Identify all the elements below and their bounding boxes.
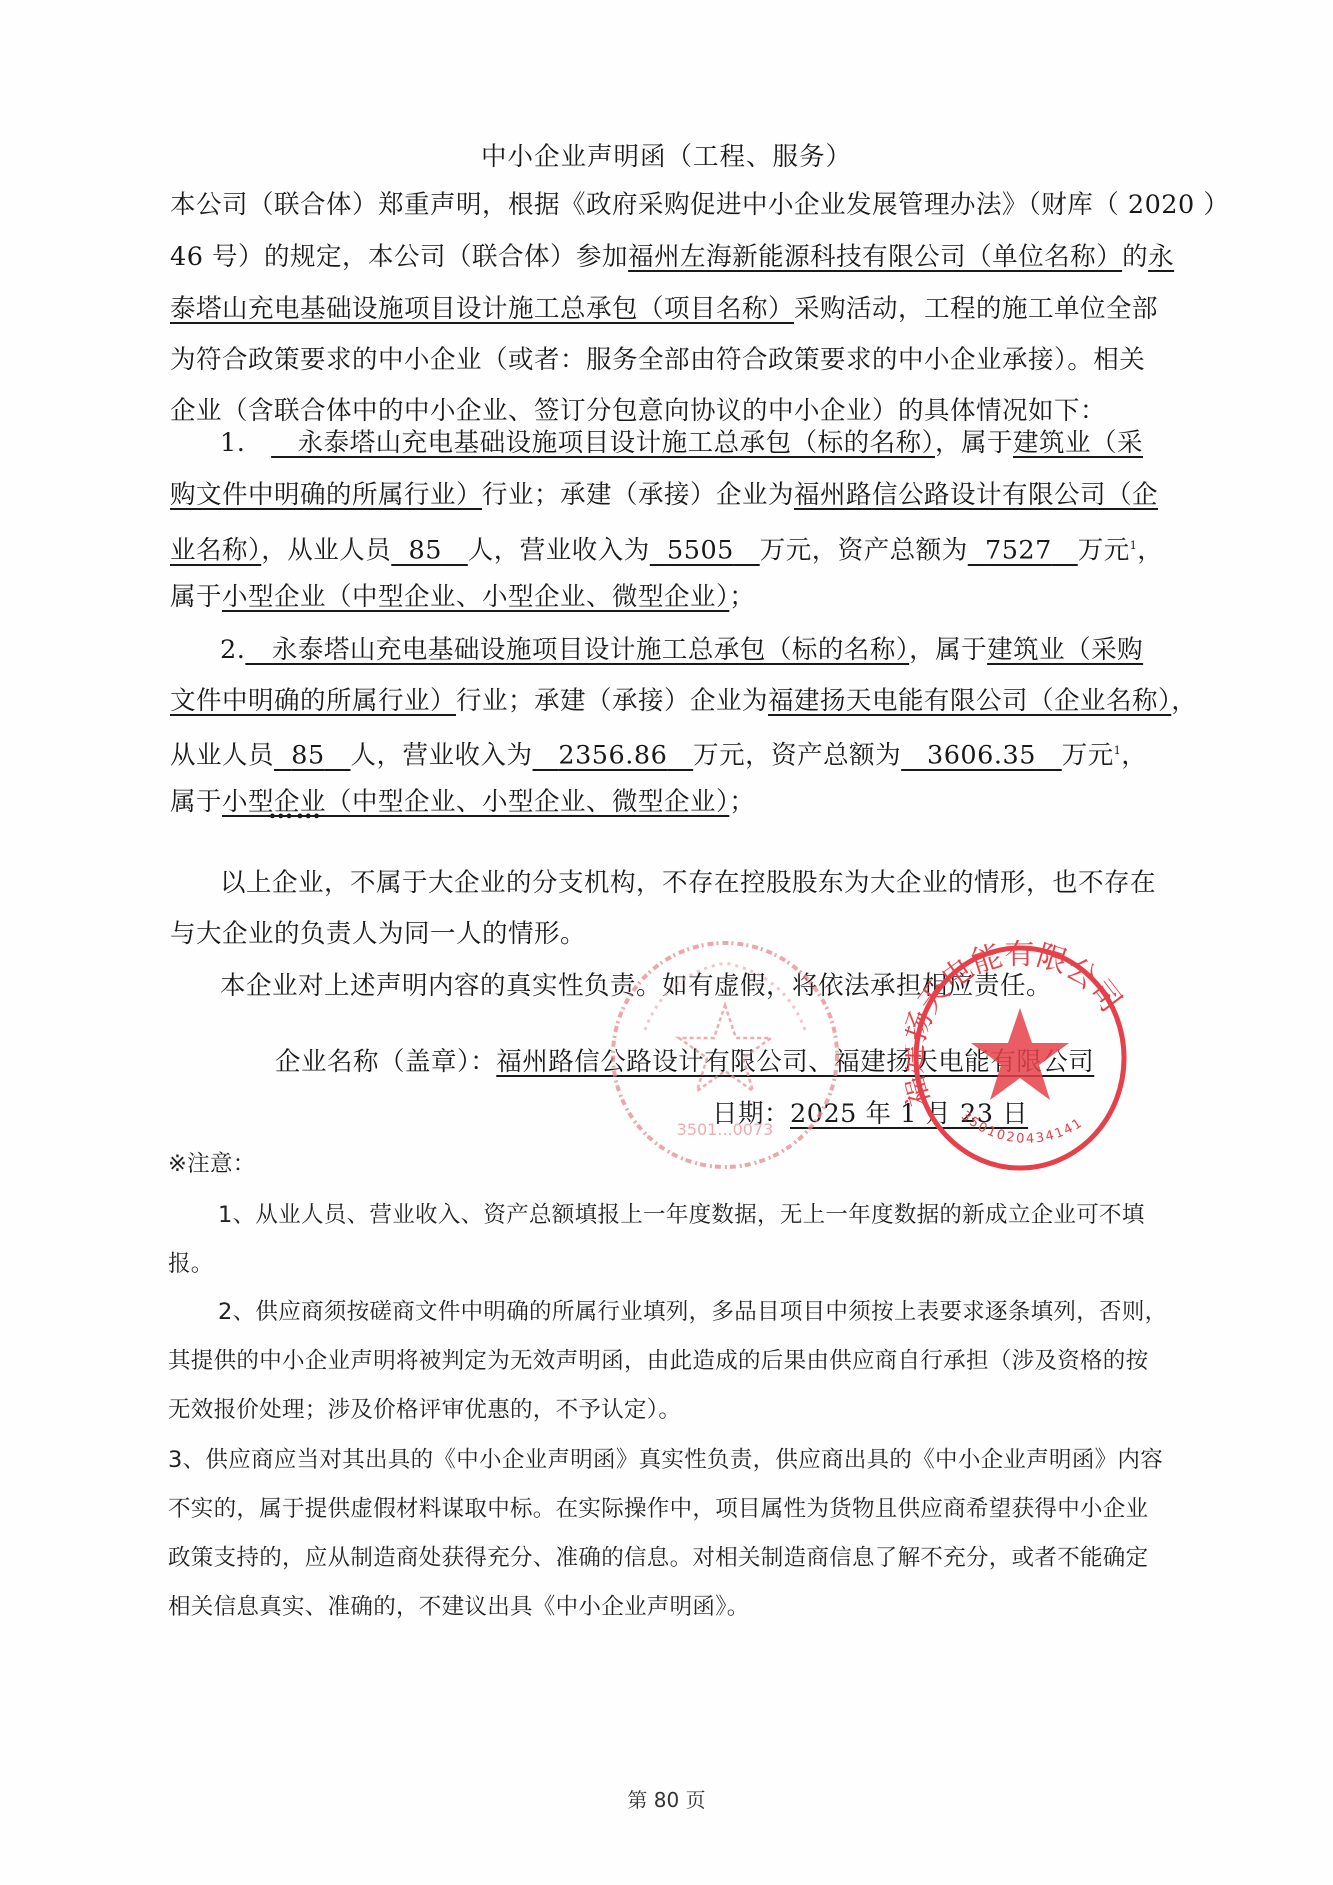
enterprise-number: 2.: [220, 635, 245, 665]
enterprise-2-line-3: 从业人员 85 人，营业收入为 2356.86 万元，资产总额为 3606.35…: [170, 734, 1147, 773]
intro-text: 的: [1122, 242, 1148, 272]
seal-ring-text: 福建扬天电能有限公司: [905, 940, 1128, 1110]
intro-text: 采购活动，工程的施工单位全部: [794, 294, 1158, 324]
note-line: 相关信息真实、准确的，不建议出具《中小企业声明函》。: [168, 1590, 750, 1624]
intro-line-3: 泰塔山充电基础设施项目设计施工总承包（项目名称）采购活动，工程的施工单位全部: [170, 292, 1158, 326]
document-page: 中小企业声明函（工程、服务） 本公司（联合体）郑重声明，根据《政府采购促进中小企…: [0, 0, 1333, 1885]
industry: 建筑业（采购: [987, 635, 1143, 665]
signature-line: 企业名称（盖章）：福州路信公路设计有限公司、福建扬天电能有限公司: [275, 1045, 1094, 1079]
project-name-start: 永: [1148, 242, 1174, 272]
date-value: 2025 年 1 月 23 日: [790, 1099, 1028, 1129]
company-name: 福建扬天电能有限公司（企业名称）: [768, 686, 1171, 716]
intro-line-5: 企业（含联合体中的中小企业、签订分包意向协议的中小企业）的具体情况如下：: [170, 394, 1106, 428]
page-title: 中小企业声明函（工程、服务）: [0, 140, 1333, 174]
purchaser-name: 福州左海新能源科技有限公司（单位名称）: [628, 242, 1122, 272]
employees-field: 85: [274, 741, 351, 771]
text: ，属于: [935, 428, 1013, 458]
note-line: 1、从业人员、营业收入、资产总额填报上一年度数据，无上一年度数据的新成立企业可不…: [218, 1198, 1145, 1232]
assets-field: 3606.35: [901, 741, 1062, 771]
enterprise-size: 小型企业（中型企业、小型企业、微型企业）: [222, 582, 729, 612]
text: ；: [729, 787, 755, 817]
assets-value: 3606.35: [927, 741, 1036, 771]
revenue-field: 2356.86: [533, 741, 694, 771]
note-line: 其提供的中小企业声明将被判定为无效声明函，由此造成的后果由供应商自行承担（涉及资…: [168, 1344, 1148, 1378]
revenue-field: 5505: [650, 536, 760, 566]
note-line: 2、供应商须按磋商文件中明确的所属行业填列，多品目项目中须按上表要求逐条填列，否…: [218, 1295, 1167, 1329]
text: ，从业人员: [261, 536, 391, 566]
text: 人，营业收入为: [468, 536, 650, 566]
signature-companies: 福州路信公路设计有限公司、福建扬天电能有限公司: [496, 1047, 1094, 1077]
statement-line-2: 与大企业的负责人为同一人的情形。: [170, 917, 586, 951]
signature-label: 企业名称（盖章）：: [275, 1047, 496, 1077]
notes-heading: ※注意：: [168, 1147, 256, 1181]
note-line: 不实的，属于提供虚假材料谋取中标。在实际操作中，项目属性为货物且供应商希望获得中…: [168, 1492, 1148, 1526]
text: 万元: [1062, 741, 1114, 771]
page-number: 第 80 页: [0, 1784, 1333, 1813]
text: ，: [1171, 686, 1197, 716]
employees-field: 85: [391, 536, 468, 566]
text: 行业；承建（承接）企业为: [482, 480, 794, 510]
note-line: 政策支持的，应从制造商处获得充分、准确的信息。对相关制造商信息了解不充分，或者不…: [168, 1541, 1148, 1575]
enterprise-1-line-4: 属于小型企业（中型企业、小型企业、微型企业）；: [170, 580, 755, 614]
statement-line-1: 以上企业，不属于大企业的分支机构，不存在控股股东为大企业的情形，也不存在: [220, 866, 1156, 900]
enterprise-number: 1.: [220, 428, 245, 458]
text: 万元，资产总额为: [760, 536, 968, 566]
industry: 建筑业（采: [1013, 428, 1143, 458]
bid-name: __永泰塔山充电基础设施项目设计施工总承包（标的名称）: [271, 428, 935, 458]
project-name: 泰塔山充电基础设施项目设计施工总承包（项目名称）: [170, 294, 794, 324]
enterprise-2-line-2: 文件中明确的所属行业）行业；承建（承接）企业为福建扬天电能有限公司（企业名称），: [170, 684, 1197, 718]
enterprise-1-line-2: 购文件中明确的所属行业）行业；承建（承接）企业为福州路信公路设计有限公司（企: [170, 478, 1158, 512]
text: ，属于: [909, 635, 987, 665]
text: 属于: [170, 787, 222, 817]
employees-value: 85: [409, 536, 442, 566]
intro-line-4: 为符合政策要求的中小企业（或者：服务全部由符合政策要求的中小企业承接）。相关: [170, 343, 1145, 377]
enterprise-2-line-4: 属于小型企业（中型企业、小型企业、微型企业）；: [170, 785, 755, 819]
industry-note: 文件中明确的所属行业）: [170, 686, 456, 716]
text: 万元，资产总额为: [693, 741, 901, 771]
enterprise-1-line-3: 业名称），从业人员 85 人，营业收入为 5505 万元，资产总额为 7527 …: [170, 529, 1163, 568]
text: 行业；承建（承接）企业为: [456, 686, 768, 716]
text: 属于: [170, 582, 222, 612]
bid-name: __永泰塔山充电基础设施项目设计施工总承包（标的名称）: [245, 635, 909, 665]
text: 人，营业收入为: [351, 741, 533, 771]
footnote-mark: 1: [1114, 744, 1122, 757]
assets-field: 7527: [968, 536, 1078, 566]
company-name: 福州路信公路设计有限公司（企: [794, 480, 1158, 510]
enterprise-1-line-1: 1. __永泰塔山充电基础设施项目设计施工总承包（标的名称），属于建筑业（采: [220, 426, 1143, 460]
company-name-end: 业名称）: [170, 536, 261, 566]
note-line: 无效报价处理；涉及价格评审优惠的，不予认定）。: [168, 1393, 681, 1427]
date-label: 日期：: [712, 1099, 790, 1129]
intro-line-2: 46 号）的规定，本公司（联合体）参加福州左海新能源科技有限公司（单位名称）的永: [170, 240, 1174, 274]
footnote-mark: 1: [1130, 539, 1138, 552]
text: 从业人员: [170, 741, 274, 771]
revenue-value: 2356.86: [558, 741, 667, 771]
assets-value: 7527: [985, 536, 1052, 566]
industry-note: 购文件中明确的所属行业）: [170, 480, 482, 510]
note-line: 报。: [168, 1247, 214, 1281]
revenue-value: 5505: [667, 536, 734, 566]
ellipsis-text: ……: [268, 795, 323, 825]
intro-line-1: 本公司（联合体）郑重声明，根据《政府采购促进中小企业发展管理办法》（财库（ 20…: [170, 188, 1229, 222]
note-line: 3、供应商应当对其出具的《中小企业声明函》真实性负责，供应商出具的《中小企业声明…: [168, 1443, 1163, 1477]
text: 万元: [1078, 536, 1130, 566]
responsibility-statement: 本企业对上述声明内容的真实性负责。如有虚假，将依法承担相应责任。: [220, 969, 1052, 1003]
enterprise-2-line-1: 2.__永泰塔山充电基础设施项目设计施工总承包（标的名称），属于建筑业（采购: [220, 633, 1143, 667]
ellipsis: ……: [268, 793, 323, 827]
date-line: 日期：2025 年 1 月 23 日: [712, 1097, 1028, 1131]
text: ；: [729, 582, 755, 612]
intro-text: 46 号）的规定，本公司（联合体）参加: [170, 242, 628, 272]
employees-value: 85: [291, 741, 324, 771]
